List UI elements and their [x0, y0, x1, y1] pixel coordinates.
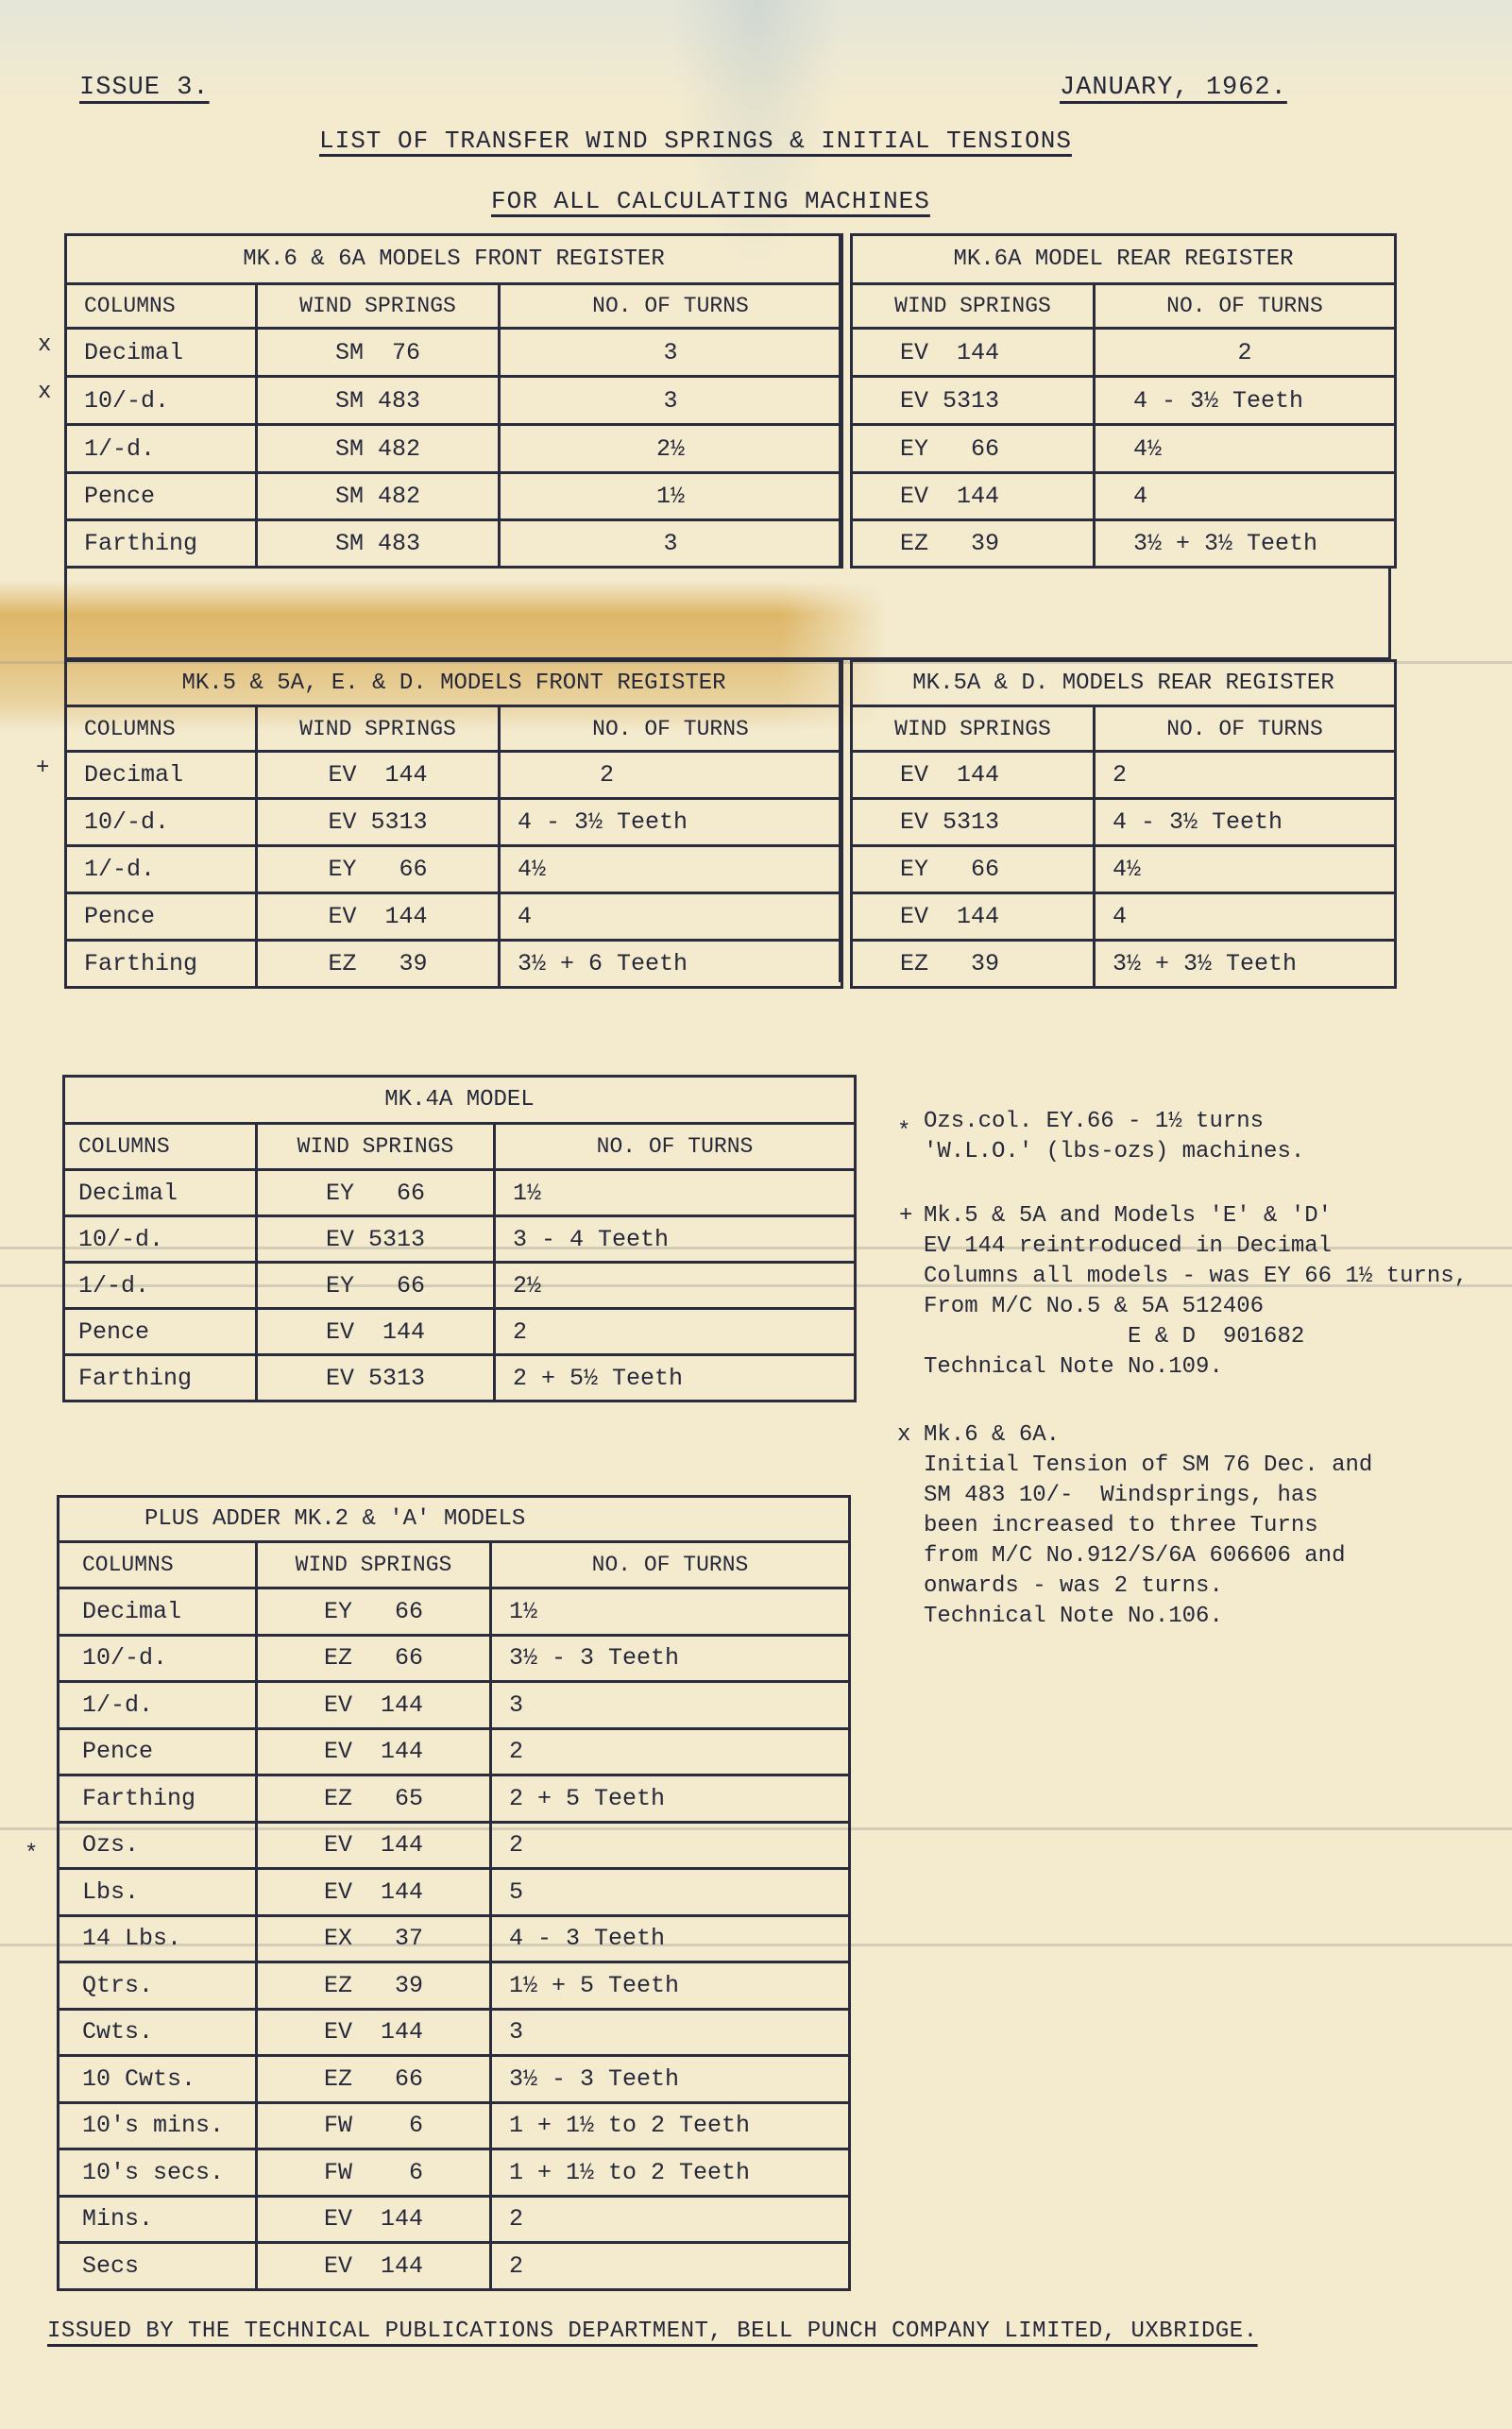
- spring-cell: SM 483: [257, 377, 500, 425]
- turns-cell: 3: [491, 1682, 850, 1729]
- column-header-turns: NO. OF TURNS: [1095, 284, 1396, 329]
- spring-cell: EV 144: [257, 1682, 491, 1729]
- column-cell: 1/-d.: [66, 425, 257, 473]
- table-row: EV 5313 4 - 3½ Teeth: [852, 377, 1396, 425]
- column-header-columns: COLUMNS: [66, 706, 257, 752]
- column-cell: 10/-d.: [66, 377, 257, 425]
- spring-cell: EV 5313: [257, 1355, 495, 1401]
- turns-cell: 4: [1095, 473, 1396, 520]
- date-label: JANUARY, 1962.: [1060, 74, 1287, 102]
- turns-cell: 1 + 1½ to 2 Teeth: [491, 2149, 850, 2197]
- table-row: Decimal EY 66 1½: [64, 1170, 856, 1216]
- column-cell: Mins.: [59, 2196, 257, 2243]
- mk5a-rear-register-table: MK.5A & D. MODELS REAR REGISTER WIND SPR…: [850, 659, 1397, 989]
- mk4a-model-table: MK.4A MODEL COLUMNS WIND SPRINGS NO. OF …: [62, 1075, 857, 1402]
- table-caption: PLUS ADDER MK.2 & 'A' MODELS: [59, 1497, 850, 1542]
- column-cell: 10/-d.: [66, 799, 257, 846]
- table-row: 10/-d. EV 5313 4 - 3½ Teeth: [66, 799, 842, 846]
- turns-cell: 2 + 5 Teeth: [491, 1775, 850, 1823]
- spring-cell: FW 6: [257, 2102, 491, 2149]
- spring-cell: EV 144: [852, 473, 1095, 520]
- spring-cell: SM 482: [257, 425, 500, 473]
- column-header-columns: COLUMNS: [59, 1542, 257, 1588]
- table-row: Pence SM 482 1½: [66, 473, 842, 520]
- column-header-columns: COLUMNS: [66, 284, 257, 329]
- table-row: 10/-d. EZ 66 3½ - 3 Teeth: [59, 1635, 850, 1682]
- spring-cell: EX 37: [257, 1915, 491, 1962]
- table-row: Farthing EZ 39 3½ + 6 Teeth: [66, 941, 842, 988]
- note-ozs-column: Ozs.col. EY.66 - 1½ turns 'W.L.O.' (lbs-…: [924, 1107, 1304, 1167]
- column-cell: Pence: [66, 473, 257, 520]
- turns-cell: 3: [500, 329, 842, 377]
- turns-cell: 4½: [1095, 846, 1396, 893]
- table-row: EV 5313 4 - 3½ Teeth: [852, 799, 1396, 846]
- table-row: Mins. EV 144 2: [59, 2196, 850, 2243]
- table-row: EV 144 4: [852, 473, 1396, 520]
- turns-cell: 2½: [500, 425, 842, 473]
- column-cell: 1/-d.: [64, 1263, 257, 1309]
- turns-cell: 3: [500, 377, 842, 425]
- table-caption: MK.6A MODEL REAR REGISTER: [852, 235, 1396, 284]
- footnote-marker-asterisk: *: [25, 1842, 38, 1867]
- spring-cell: EV 144: [257, 893, 500, 941]
- note-mk5-decimal: Mk.5 & 5A and Models 'E' & 'D' EV 144 re…: [924, 1201, 1468, 1383]
- table-row: Farthing SM 483 3: [66, 520, 842, 568]
- spring-cell: EV 5313: [852, 377, 1095, 425]
- table-row: Ozs. EV 144 2: [59, 1822, 850, 1869]
- turns-cell: 4 - 3 Teeth: [491, 1915, 850, 1962]
- column-cell: Pence: [64, 1309, 257, 1355]
- turns-cell: 4 - 3½ Teeth: [1095, 799, 1396, 846]
- note-mk6-tension: Mk.6 & 6A. Initial Tension of SM 76 Dec.…: [924, 1420, 1372, 1632]
- column-cell: Decimal: [66, 329, 257, 377]
- table-row: EZ 39 3½ + 3½ Teeth: [852, 520, 1396, 568]
- spring-cell: EY 66: [852, 425, 1095, 473]
- spring-cell: EY 66: [257, 1263, 495, 1309]
- column-header-turns: NO. OF TURNS: [500, 284, 842, 329]
- table-row: 10's mins. FW 6 1 + 1½ to 2 Teeth: [59, 2102, 850, 2149]
- spring-cell: EV 144: [257, 2009, 491, 2056]
- column-cell: Farthing: [64, 1355, 257, 1401]
- spring-cell: EZ 39: [257, 941, 500, 988]
- turns-cell: 4 - 3½ Teeth: [1095, 377, 1396, 425]
- table-row: Pence EV 144 4: [66, 893, 842, 941]
- column-header-columns: COLUMNS: [64, 1124, 257, 1170]
- column-cell: Lbs.: [59, 1869, 257, 1916]
- column-cell: 10/-d.: [64, 1216, 257, 1263]
- turns-cell: 2: [1095, 329, 1396, 377]
- blank-separator-row: [64, 566, 1391, 660]
- spring-cell: SM 483: [257, 520, 500, 568]
- column-cell: Farthing: [59, 1775, 257, 1823]
- turns-cell: 2: [491, 2196, 850, 2243]
- table-row: 10 Cwts. EZ 66 3½ - 3 Teeth: [59, 2056, 850, 2103]
- spring-cell: SM 76: [257, 329, 500, 377]
- spring-cell: EV 144: [257, 2243, 491, 2290]
- table-row: 1/-d. SM 482 2½: [66, 425, 842, 473]
- footnote-marker-x: x: [38, 380, 51, 405]
- spring-cell: EV 144: [852, 329, 1095, 377]
- table-row: 1/-d. EV 144 3: [59, 1682, 850, 1729]
- turns-cell: 3½ - 3 Teeth: [491, 2056, 850, 2103]
- spring-cell: EV 144: [852, 752, 1095, 799]
- turns-cell: 2: [491, 1822, 850, 1869]
- turns-cell: 4: [1095, 893, 1396, 941]
- spring-cell: EZ 39: [852, 520, 1095, 568]
- turns-cell: 1½ + 5 Teeth: [491, 1962, 850, 2010]
- spring-cell: EV 144: [257, 752, 500, 799]
- table-row: 1/-d. EY 66 4½: [66, 846, 842, 893]
- double-divider-line: [839, 233, 841, 566]
- table-row: EV 144 2: [852, 329, 1396, 377]
- table-caption: MK.4A MODEL: [64, 1077, 856, 1124]
- mk5-front-register-table: MK.5 & 5A, E. & D. MODELS FRONT REGISTER…: [64, 659, 843, 989]
- turns-cell: 3: [491, 2009, 850, 2056]
- turns-cell: 2: [495, 1309, 856, 1355]
- spring-cell: EV 5313: [852, 799, 1095, 846]
- table-caption: MK.6 & 6A MODELS FRONT REGISTER: [66, 235, 842, 284]
- turns-cell: 3 - 4 Teeth: [495, 1216, 856, 1263]
- note-marker-x: x: [897, 1422, 910, 1448]
- column-header-wind-springs: WIND SPRINGS: [257, 706, 500, 752]
- turns-cell: 1 + 1½ to 2 Teeth: [491, 2102, 850, 2149]
- column-cell: Cwts.: [59, 2009, 257, 2056]
- issuer-footer: ISSUED BY THE TECHNICAL PUBLICATIONS DEP…: [47, 2319, 1258, 2344]
- spring-cell: EZ 66: [257, 2056, 491, 2103]
- table-row: Pence EV 144 2: [64, 1309, 856, 1355]
- column-cell: Farthing: [66, 941, 257, 988]
- turns-cell: 3½ + 3½ Teeth: [1095, 520, 1396, 568]
- table-row: EV 144 4: [852, 893, 1396, 941]
- column-cell: Ozs.: [59, 1822, 257, 1869]
- table-row: 10's secs. FW 6 1 + 1½ to 2 Teeth: [59, 2149, 850, 2197]
- column-cell: Pence: [66, 893, 257, 941]
- turns-cell: 3½ + 3½ Teeth: [1095, 941, 1396, 988]
- spring-cell: SM 482: [257, 473, 500, 520]
- spring-cell: EZ 65: [257, 1775, 491, 1823]
- turns-cell: 2: [491, 1728, 850, 1775]
- column-cell: Secs: [59, 2243, 257, 2290]
- turns-cell: 3: [500, 520, 842, 568]
- column-cell: 14 Lbs.: [59, 1915, 257, 1962]
- table-row: 14 Lbs. EX 37 4 - 3 Teeth: [59, 1915, 850, 1962]
- spring-cell: EY 66: [852, 846, 1095, 893]
- turns-cell: 3½ + 6 Teeth: [500, 941, 842, 988]
- table-row: EV 144 2: [852, 752, 1396, 799]
- column-header-wind-springs: WIND SPRINGS: [257, 1542, 491, 1588]
- column-header-turns: NO. OF TURNS: [495, 1124, 856, 1170]
- column-cell: 10/-d.: [59, 1635, 257, 1682]
- turns-cell: 4½: [1095, 425, 1396, 473]
- column-cell: Decimal: [59, 1588, 257, 1636]
- column-cell: Qtrs.: [59, 1962, 257, 2010]
- spring-cell: EV 5313: [257, 1216, 495, 1263]
- turns-cell: 3½ - 3 Teeth: [491, 1635, 850, 1682]
- table-row: Lbs. EV 144 5: [59, 1869, 850, 1916]
- column-header-wind-springs: WIND SPRINGS: [257, 284, 500, 329]
- spring-cell: EY 66: [257, 1170, 495, 1216]
- document-subtitle: FOR ALL CALCULATING MACHINES: [491, 187, 930, 215]
- spring-cell: EY 66: [257, 1588, 491, 1636]
- spring-cell: EV 5313: [257, 799, 500, 846]
- document-title: LIST OF TRANSFER WIND SPRINGS & INITIAL …: [319, 127, 1072, 155]
- note-marker-asterisk: *: [897, 1119, 910, 1145]
- spring-cell: EV 144: [257, 1309, 495, 1355]
- table-row: Secs EV 144 2: [59, 2243, 850, 2290]
- turns-cell: 2: [1095, 752, 1396, 799]
- note-marker-plus: +: [899, 1203, 912, 1229]
- column-header-wind-springs: WIND SPRINGS: [257, 1124, 495, 1170]
- table-row: Decimal EY 66 1½: [59, 1588, 850, 1636]
- issue-label: ISSUE 3.: [79, 74, 210, 102]
- table-row: Pence EV 144 2: [59, 1728, 850, 1775]
- spring-cell: EV 144: [257, 1869, 491, 1916]
- column-cell: Decimal: [66, 752, 257, 799]
- spring-cell: EV 144: [257, 2196, 491, 2243]
- turns-cell: 1½: [495, 1170, 856, 1216]
- spring-cell: EV 144: [852, 893, 1095, 941]
- column-cell: Decimal: [64, 1170, 257, 1216]
- column-header-turns: NO. OF TURNS: [500, 706, 842, 752]
- spring-cell: EV 144: [257, 1822, 491, 1869]
- spring-cell: EV 144: [257, 1728, 491, 1775]
- turns-cell: 4 - 3½ Teeth: [500, 799, 842, 846]
- footnote-marker-plus: +: [36, 756, 49, 781]
- column-header-turns: NO. OF TURNS: [1095, 706, 1396, 752]
- turns-cell: 1½: [491, 1588, 850, 1636]
- table-row: EY 66 4½: [852, 846, 1396, 893]
- spring-cell: FW 6: [257, 2149, 491, 2197]
- column-cell: 10's mins.: [59, 2102, 257, 2149]
- plus-adder-table: PLUS ADDER MK.2 & 'A' MODELS COLUMNS WIN…: [57, 1495, 851, 2291]
- footnote-marker-x: x: [38, 332, 51, 358]
- column-header-turns: NO. OF TURNS: [491, 1542, 850, 1588]
- table-caption: MK.5A & D. MODELS REAR REGISTER: [852, 661, 1396, 706]
- table-row: 10/-d. EV 5313 3 - 4 Teeth: [64, 1216, 856, 1263]
- turns-cell: 5: [491, 1869, 850, 1916]
- turns-cell: 4: [500, 893, 842, 941]
- turns-cell: 1½: [500, 473, 842, 520]
- column-cell: 10 Cwts.: [59, 2056, 257, 2103]
- table-row: 10/-d. SM 483 3: [66, 377, 842, 425]
- column-header-wind-springs: WIND SPRINGS: [852, 284, 1095, 329]
- spring-cell: EZ 39: [257, 1962, 491, 2010]
- column-cell: 10's secs.: [59, 2149, 257, 2197]
- table-row: 1/-d. EY 66 2½: [64, 1263, 856, 1309]
- column-cell: Farthing: [66, 520, 257, 568]
- mk6a-rear-register-table: MK.6A MODEL REAR REGISTER WIND SPRINGS N…: [850, 233, 1397, 569]
- column-cell: 1/-d.: [66, 846, 257, 893]
- turns-cell: 2: [491, 2243, 850, 2290]
- table-row: Cwts. EV 144 3: [59, 2009, 850, 2056]
- turns-cell: 4½: [500, 846, 842, 893]
- column-cell: Pence: [59, 1728, 257, 1775]
- turns-cell: 2 + 5½ Teeth: [495, 1355, 856, 1401]
- table-row: Decimal EV 144 2: [66, 752, 842, 799]
- column-header-wind-springs: WIND SPRINGS: [852, 706, 1095, 752]
- spring-cell: EY 66: [257, 846, 500, 893]
- double-divider-line: [839, 659, 841, 982]
- spring-cell: EZ 66: [257, 1635, 491, 1682]
- table-caption: MK.5 & 5A, E. & D. MODELS FRONT REGISTER: [66, 661, 842, 706]
- table-row: EZ 39 3½ + 3½ Teeth: [852, 941, 1396, 988]
- mk6-front-register-table: MK.6 & 6A MODELS FRONT REGISTER COLUMNS …: [64, 233, 843, 569]
- table-row: Decimal SM 76 3: [66, 329, 842, 377]
- table-row: Farthing EZ 65 2 + 5 Teeth: [59, 1775, 850, 1823]
- spring-cell: EZ 39: [852, 941, 1095, 988]
- table-row: Qtrs. EZ 39 1½ + 5 Teeth: [59, 1962, 850, 2010]
- table-row: Farthing EV 5313 2 + 5½ Teeth: [64, 1355, 856, 1401]
- turns-cell: 2: [500, 752, 842, 799]
- column-cell: 1/-d.: [59, 1682, 257, 1729]
- turns-cell: 2½: [495, 1263, 856, 1309]
- table-row: EY 66 4½: [852, 425, 1396, 473]
